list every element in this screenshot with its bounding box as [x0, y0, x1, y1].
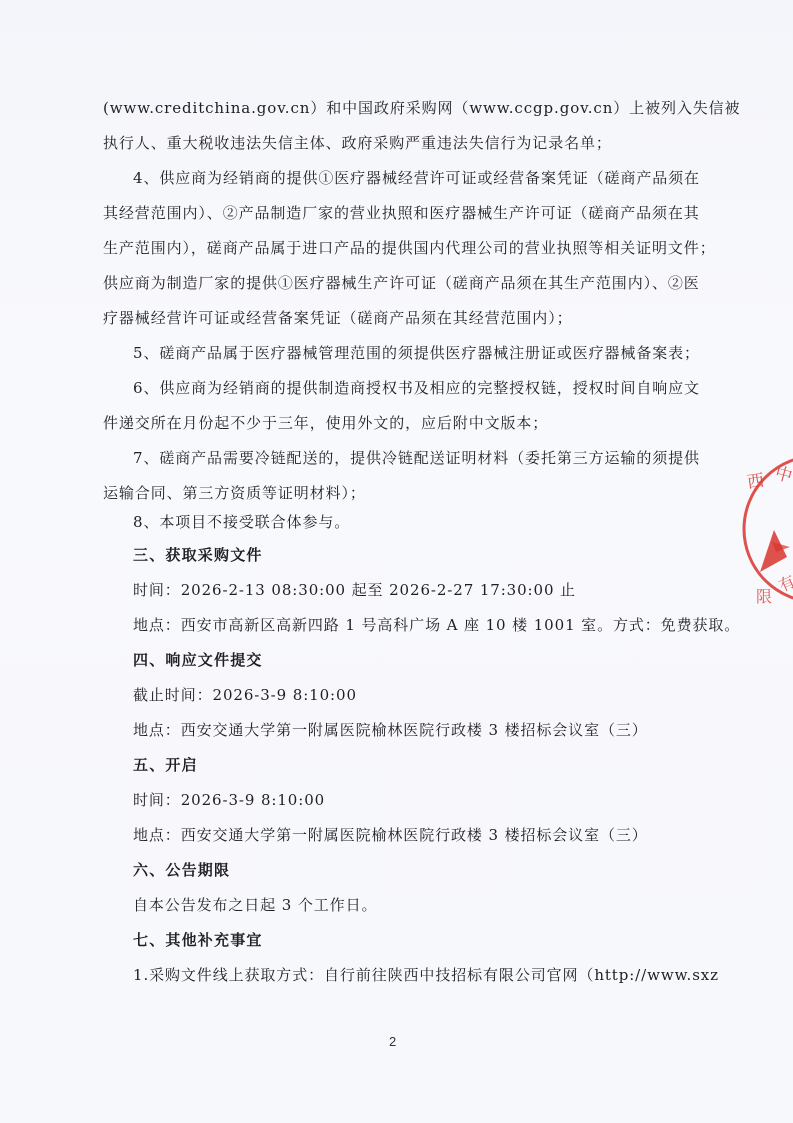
- supplementary-item-1: 1.采购文件线上获取方式：自行前往陕西中技招标有限公司官网（http://www…: [133, 965, 733, 985]
- opening-location: 地点：西安交通大学第一附属医院榆林医院行政楼 3 楼招标会议室（三）: [133, 825, 733, 845]
- text-line: 执行人、重大税收违法失信主体、政府采购严重违法失信行为记录名单；: [103, 133, 703, 153]
- text-line: 生产范围内），磋商产品属于进口产品的提供国内代理公司的营业执照等相关证明文件；: [103, 238, 703, 258]
- seal-char: 西: [746, 471, 766, 493]
- text-line: (www.creditchina.gov.cn）和中国政府采购网（www.ccg…: [103, 98, 703, 118]
- section-heading-5: 五、开启: [133, 755, 733, 775]
- text-line: 疗器械经营许可证或经营备案凭证（磋商产品须在其经营范围内）；: [103, 308, 703, 328]
- text-line: 其经营范围内）、②产品制造厂家的营业执照和医疗器械生产许可证（磋商产品须在其: [103, 203, 703, 223]
- section-heading-3: 三、获取采购文件: [133, 545, 733, 565]
- document-page: (www.creditchina.gov.cn）和中国政府采购网（www.ccg…: [0, 0, 793, 1123]
- list-item-6: 6、供应商为经销商的提供制造商授权书及相应的完整授权链，授权时间自响应文: [133, 378, 733, 398]
- section-heading-6: 六、公告期限: [133, 860, 733, 880]
- acquire-time: 时间：2026-2-13 08:30:00 起至 2026-2-27 17:30…: [133, 580, 733, 600]
- section-heading-4: 四、响应文件提交: [133, 650, 733, 670]
- list-item-5: 5、磋商产品属于医疗器械管理范围的须提供医疗器械注册证或医疗器械备案表；: [133, 343, 733, 363]
- submission-location: 地点：西安交通大学第一附属医院榆林医院行政楼 3 楼招标会议室（三）: [133, 720, 733, 740]
- opening-time: 时间：2026-3-9 8:10:00: [133, 790, 733, 810]
- text-line: 运输合同、第三方资质等证明材料）；: [103, 483, 703, 503]
- acquire-location: 地点：西安市高新区高新四路 1 号高科广场 A 座 10 楼 1001 室。方式…: [133, 615, 733, 635]
- svg-text:限: 限: [756, 587, 772, 606]
- list-item-8: 8、本项目不接受联合体参与。: [133, 512, 733, 532]
- submission-deadline: 截止时间：2026-3-9 8:10:00: [133, 685, 733, 705]
- company-seal-icon: 西 中 限 有: [742, 452, 793, 607]
- text-line: 供应商为制造厂家的提供①医疗器械生产许可证（磋商产品须在其生产范围内）、②医: [103, 273, 703, 293]
- text-line: 件递交所在月份起不少于三年，使用外文的，应后附中文版本；: [103, 413, 703, 433]
- section-heading-7: 七、其他补充事宜: [133, 930, 733, 950]
- page-number: 2: [389, 1034, 396, 1049]
- list-item-4: 4、供应商为经销商的提供①医疗器械经营许可证或经营备案凭证（磋商产品须在: [133, 168, 733, 188]
- list-item-7: 7、磋商产品需要冷链配送的，提供冷链配送证明材料（委托第三方运输的须提供: [133, 448, 733, 468]
- notice-period: 自本公告发布之日起 3 个工作日。: [133, 895, 733, 915]
